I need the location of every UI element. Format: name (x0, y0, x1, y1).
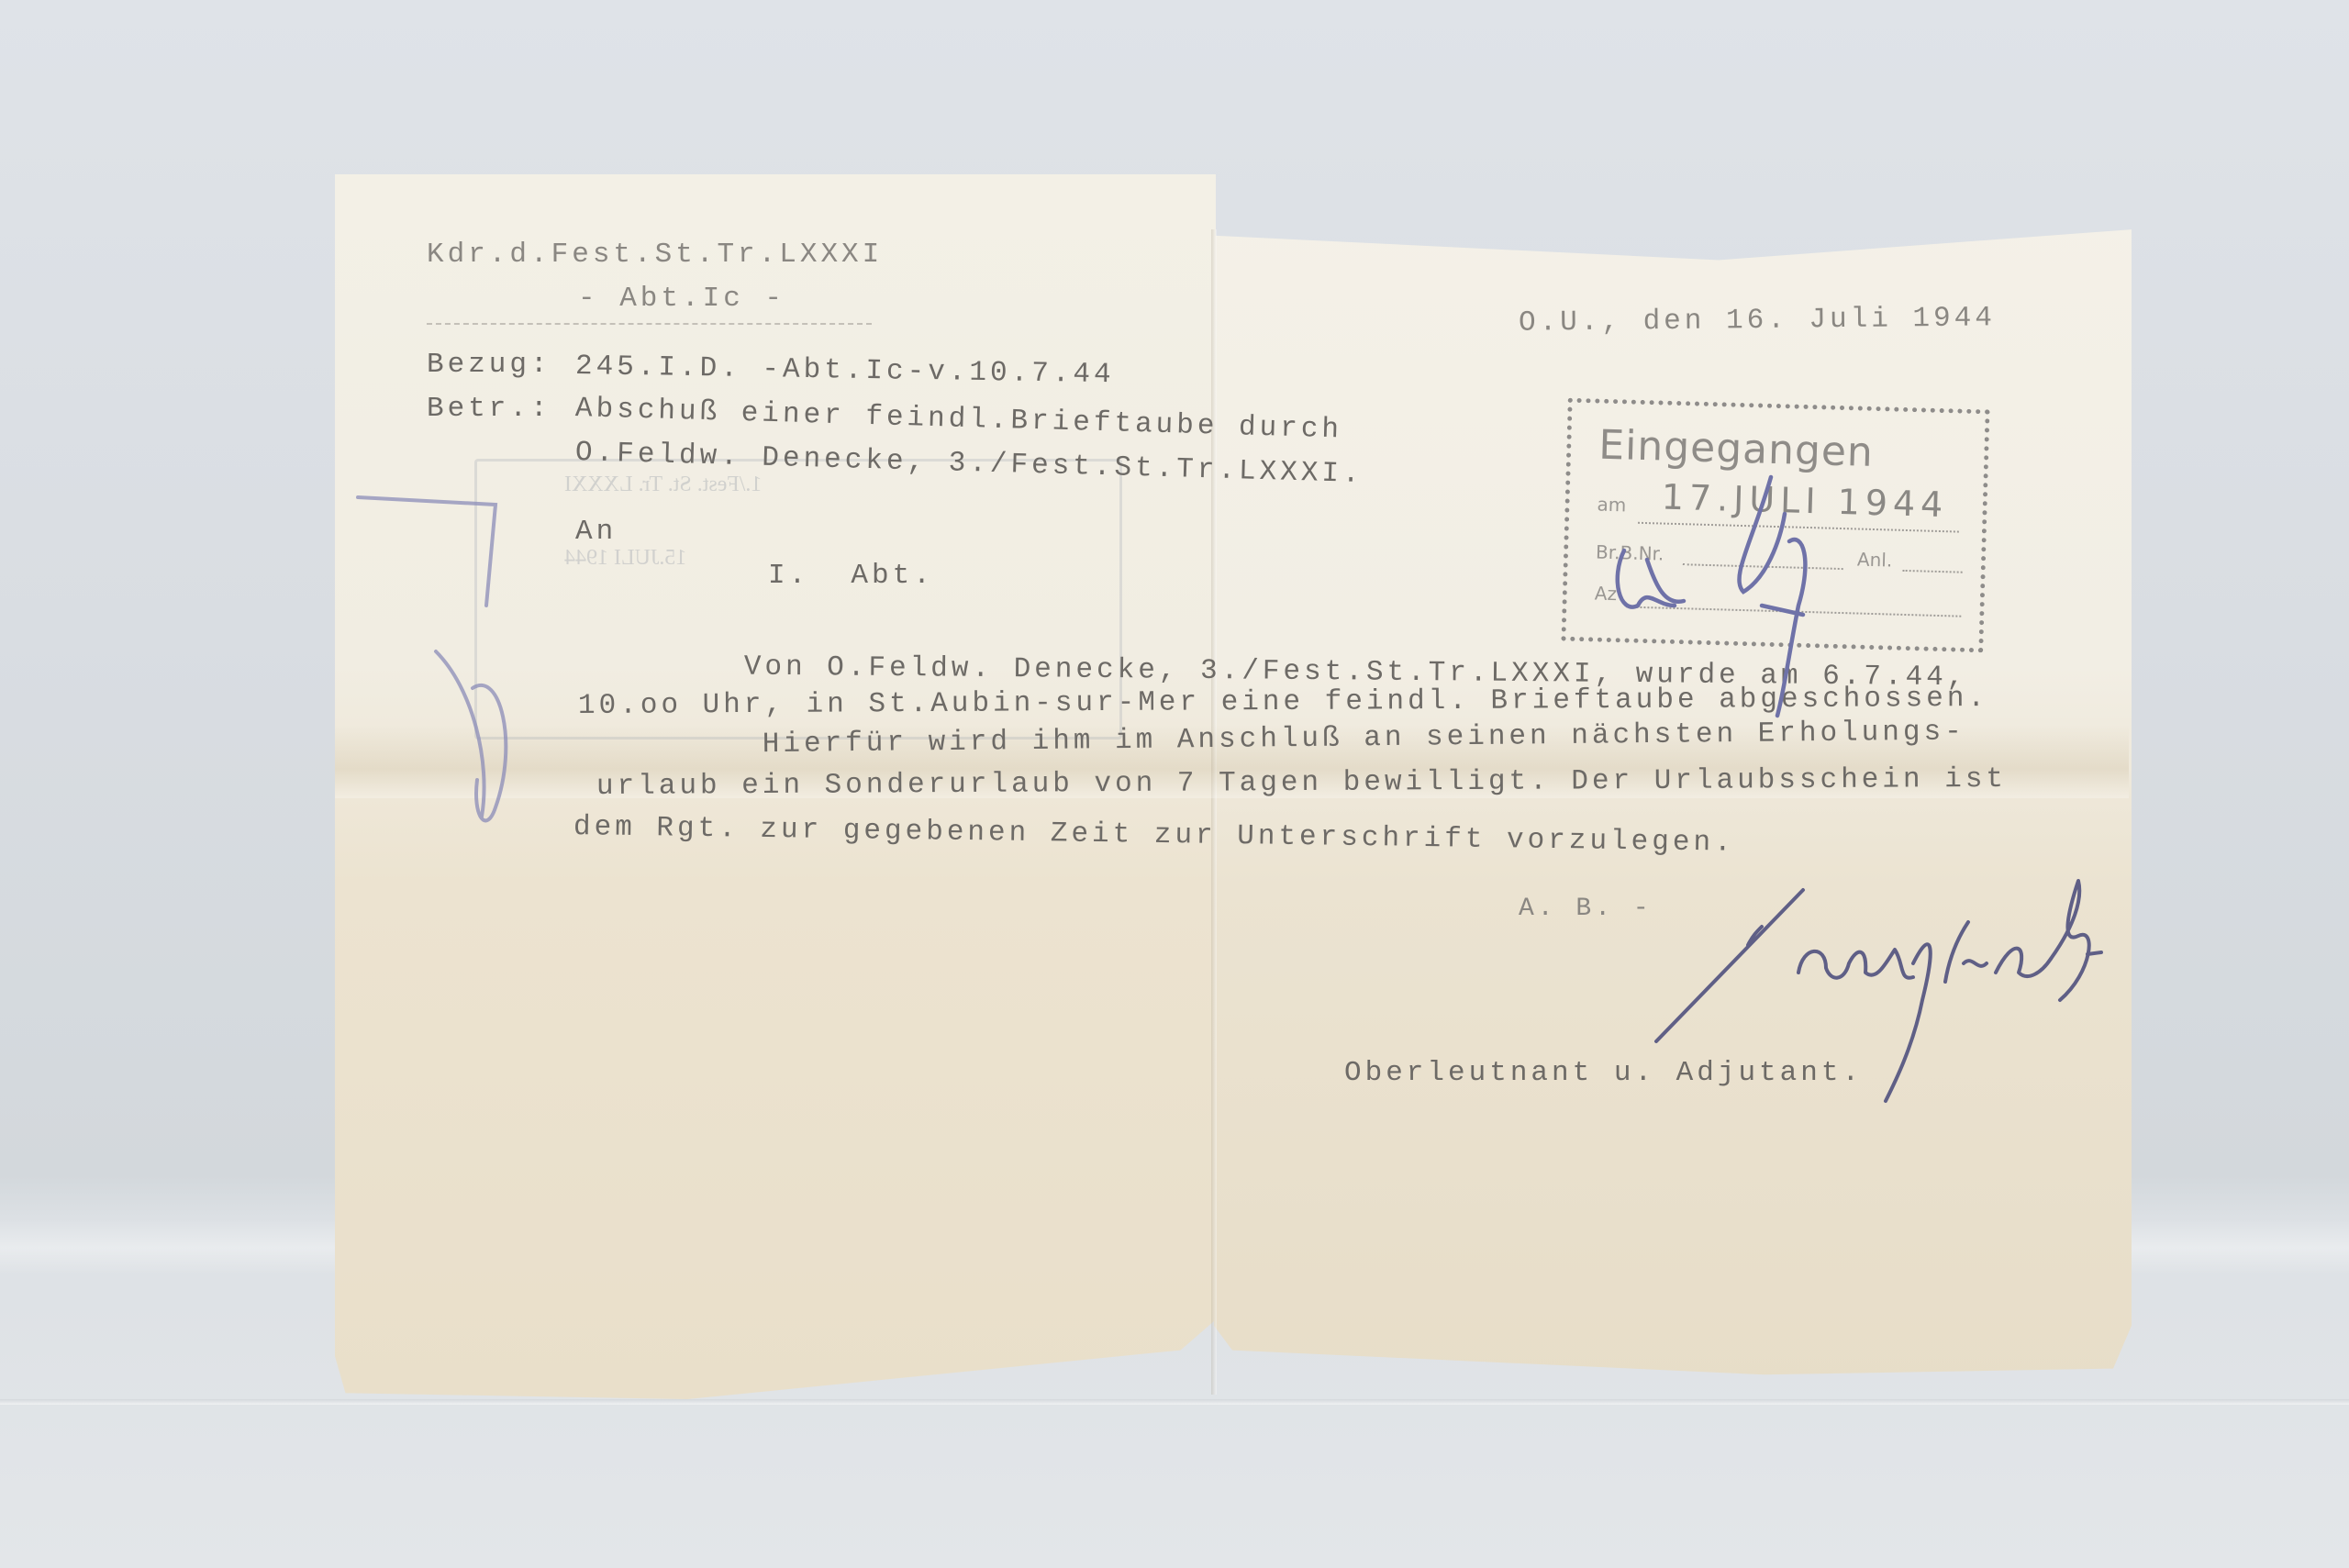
an-label: An (575, 516, 617, 548)
stamp-az-line (1626, 606, 1961, 617)
ghost-stamp-line1: 1./Fest. St. Tr. LXXXI (564, 473, 762, 497)
betr-label: Betr.: (427, 393, 551, 425)
received-stamp: Eingegangen am 17.JULI 1944 Br.B.Nr. Anl… (1561, 398, 1989, 653)
sender-unit: Kdr.d.Fest.St.Tr.LXXXI (427, 239, 883, 271)
sender-department: - Abt.Ic - (578, 283, 785, 315)
stamp-az-label: Az (1595, 583, 1618, 606)
header-rule (427, 323, 872, 325)
stamp-title: Eingegangen (1598, 422, 1875, 476)
vertical-fold-crease (1211, 229, 1217, 1395)
ghost-stamp-line2: 15.JULI 1944 (564, 546, 686, 571)
on-behalf-abbreviation: A. B. - (1519, 895, 1653, 923)
place-and-date: O.U., den 16. Juli 1944 (1519, 302, 1996, 339)
stamp-anl-label: Anl. (1857, 549, 1893, 572)
letter-document: 1./Fest. St. Tr. LXXXI 15.JULI 1944 Kdr.… (335, 174, 2129, 1399)
stamp-nr-label: Br.B.Nr. (1596, 541, 1664, 565)
bezug-label: Bezug: (427, 349, 551, 381)
stamp-date: 17.JULI 1944 (1661, 477, 1949, 526)
addressee: I. Abt. (768, 560, 934, 592)
background-shelf-edge (0, 1399, 2349, 1405)
signatory-title: Oberleutnant u. Adjutant. (1344, 1057, 1863, 1089)
stamp-nr-line (1683, 563, 1843, 570)
stamp-anl-line (1903, 570, 1963, 573)
stamp-date-label: am (1597, 494, 1626, 517)
